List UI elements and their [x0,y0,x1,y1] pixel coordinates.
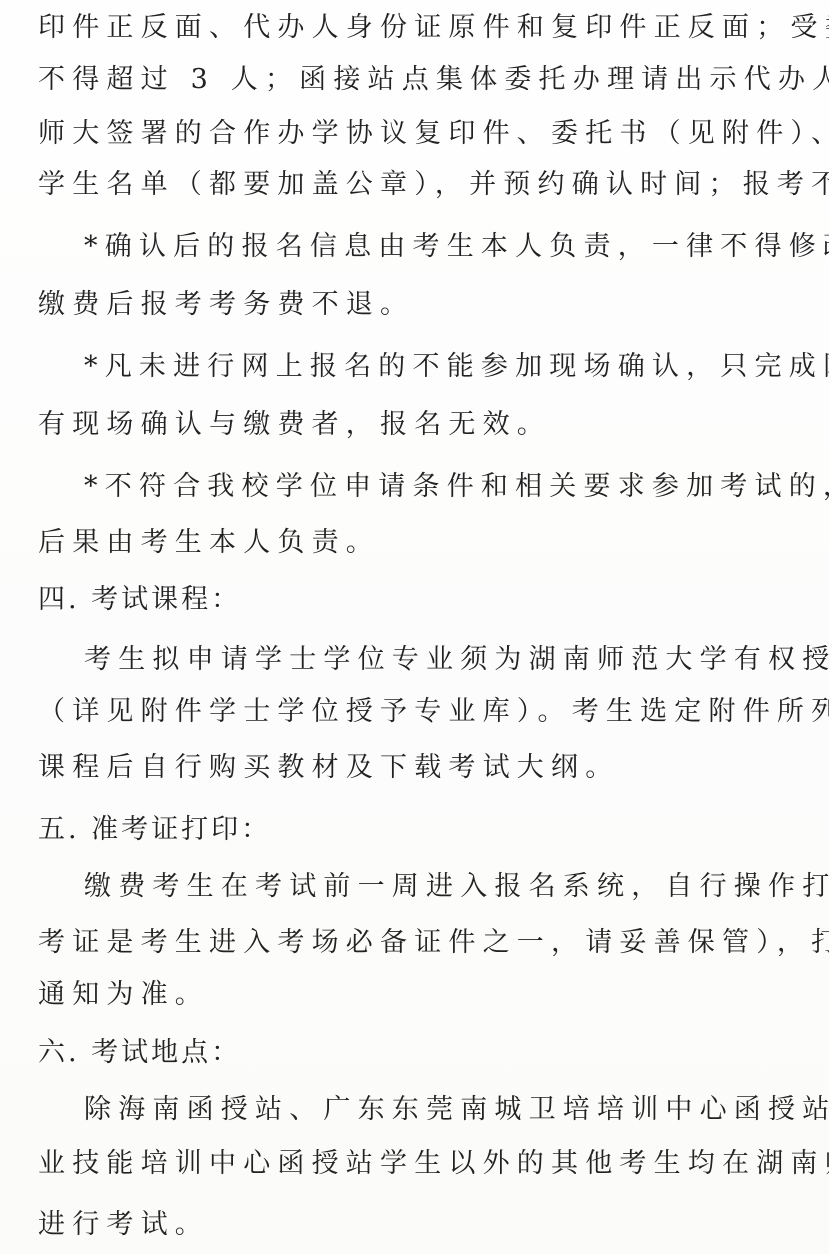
text-line: 通知为准。 [38,975,798,1015]
text-line: 课程后自行购买教材及下载考试大纲。 [38,748,798,788]
text-line: 印件正反面、代办人身份证原件和复印件正反面；受委托人一次代办 [38,8,798,48]
text-line: 除海南函授站、广东东莞南城卫培培训中心函授站、新疆星火职 [84,1090,798,1130]
text-line: 业技能培训中心函授站学生以外的其他考生均在湖南师范大学考点 [38,1144,798,1184]
text-line: 学生名单（都要加盖公章），并预约确认时间；报考不接受机构代办。 [38,165,798,205]
text-line: 进行考试。 [38,1205,798,1245]
text-line: 缴费后报考考务费不退。 [38,285,798,325]
text-line: 不得超过 3 人；函接站点集体委托办理请出示代办人工作证明及与湖 [38,60,798,100]
text-line: *不符合我校学位申请条件和相关要求参加考试的，成绩无效， [84,467,798,507]
text-line: 缴费考生在考试前一周进入报名系统，自行操作打印准考证（准 [84,867,798,907]
text-line: 有现场确认与缴费者，报名无效。 [38,405,798,445]
section-heading-exam-courses: 四. 考试课程： [38,580,798,620]
text-line: 后果由考生本人负责。 [38,523,798,563]
document-page: 印件正反面、代办人身份证原件和复印件正反面；受委托人一次代办 不得超过 3 人；… [0,0,829,1254]
text-line: *凡未进行网上报名的不能参加现场确认，只完成网上报名而没 [84,347,798,387]
text-line: 考证是考生进入考场必备证件之一，请妥善保管），打印时间以官网 [38,923,798,963]
text-line: （详见附件学士学位授予专业库）。考生选定附件所列专业对应测试 [38,692,798,732]
section-heading-admission-ticket: 五. 准考证打印： [38,810,798,850]
text-line: *确认后的报名信息由考生本人负责，一律不得修改，现场确认、 [84,227,798,267]
text-line: 考生拟申请学士学位专业须为湖南师范大学有权授予学位专业 [84,640,798,680]
section-heading-exam-location: 六. 考试地点： [38,1033,798,1073]
text-line: 师大签署的合作办学协议复印件、委托书（见附件）、身份证复印件及 [38,114,798,154]
